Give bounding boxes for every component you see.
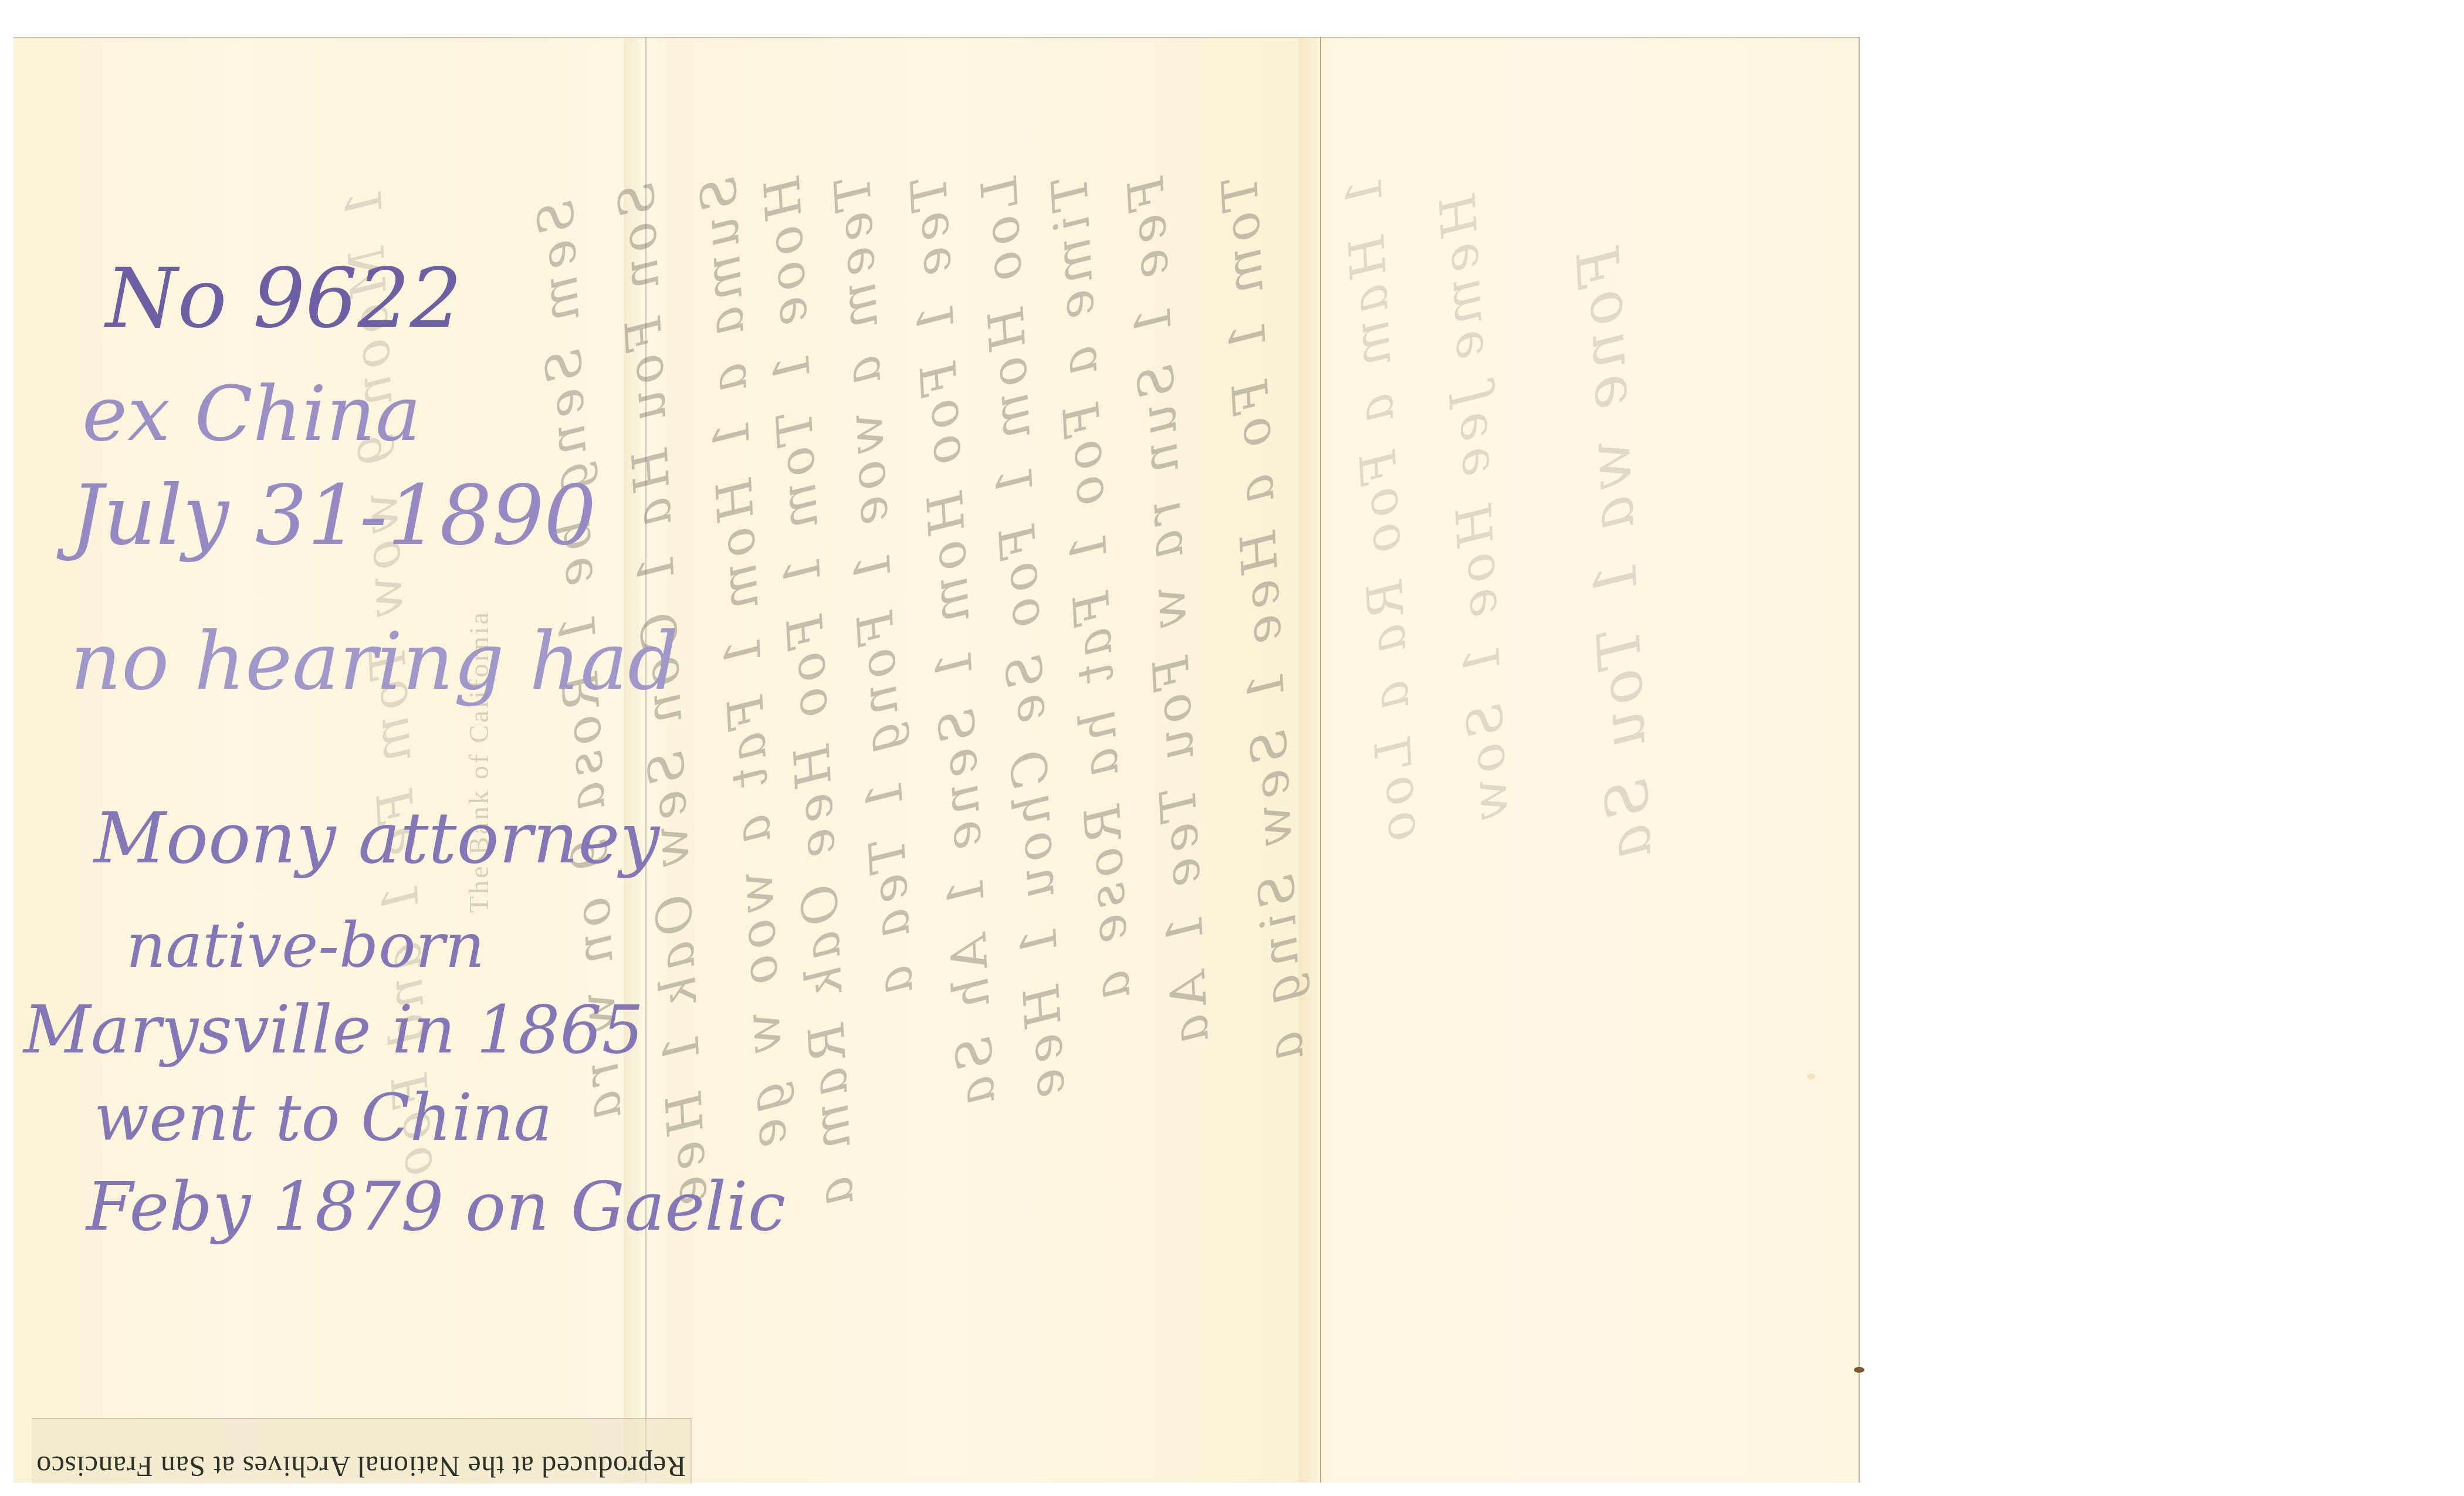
native-born-annotation: native-born (126, 915, 485, 977)
departure-annotation: went to China (94, 1085, 552, 1150)
birthplace-annotation: Marysville in 1865 (23, 997, 644, 1063)
archive-label: Reproduced at the National Archives at S… (32, 1418, 692, 1484)
case-number-annotation: No 9622 (106, 258, 462, 340)
paper-stain (1807, 1074, 1815, 1079)
archive-label-text: Reproduced at the National Archives at S… (32, 1452, 691, 1481)
attorney-annotation: Moony attorney (94, 804, 659, 874)
origin-annotation: ex China (82, 375, 421, 452)
departure-date-annotation: Feby 1879 on Gaelic (86, 1173, 786, 1241)
date-annotation: July 31-1890 (70, 475, 596, 557)
edge-stain (1854, 1367, 1864, 1373)
hearing-annotation: no hearing had (70, 622, 678, 701)
